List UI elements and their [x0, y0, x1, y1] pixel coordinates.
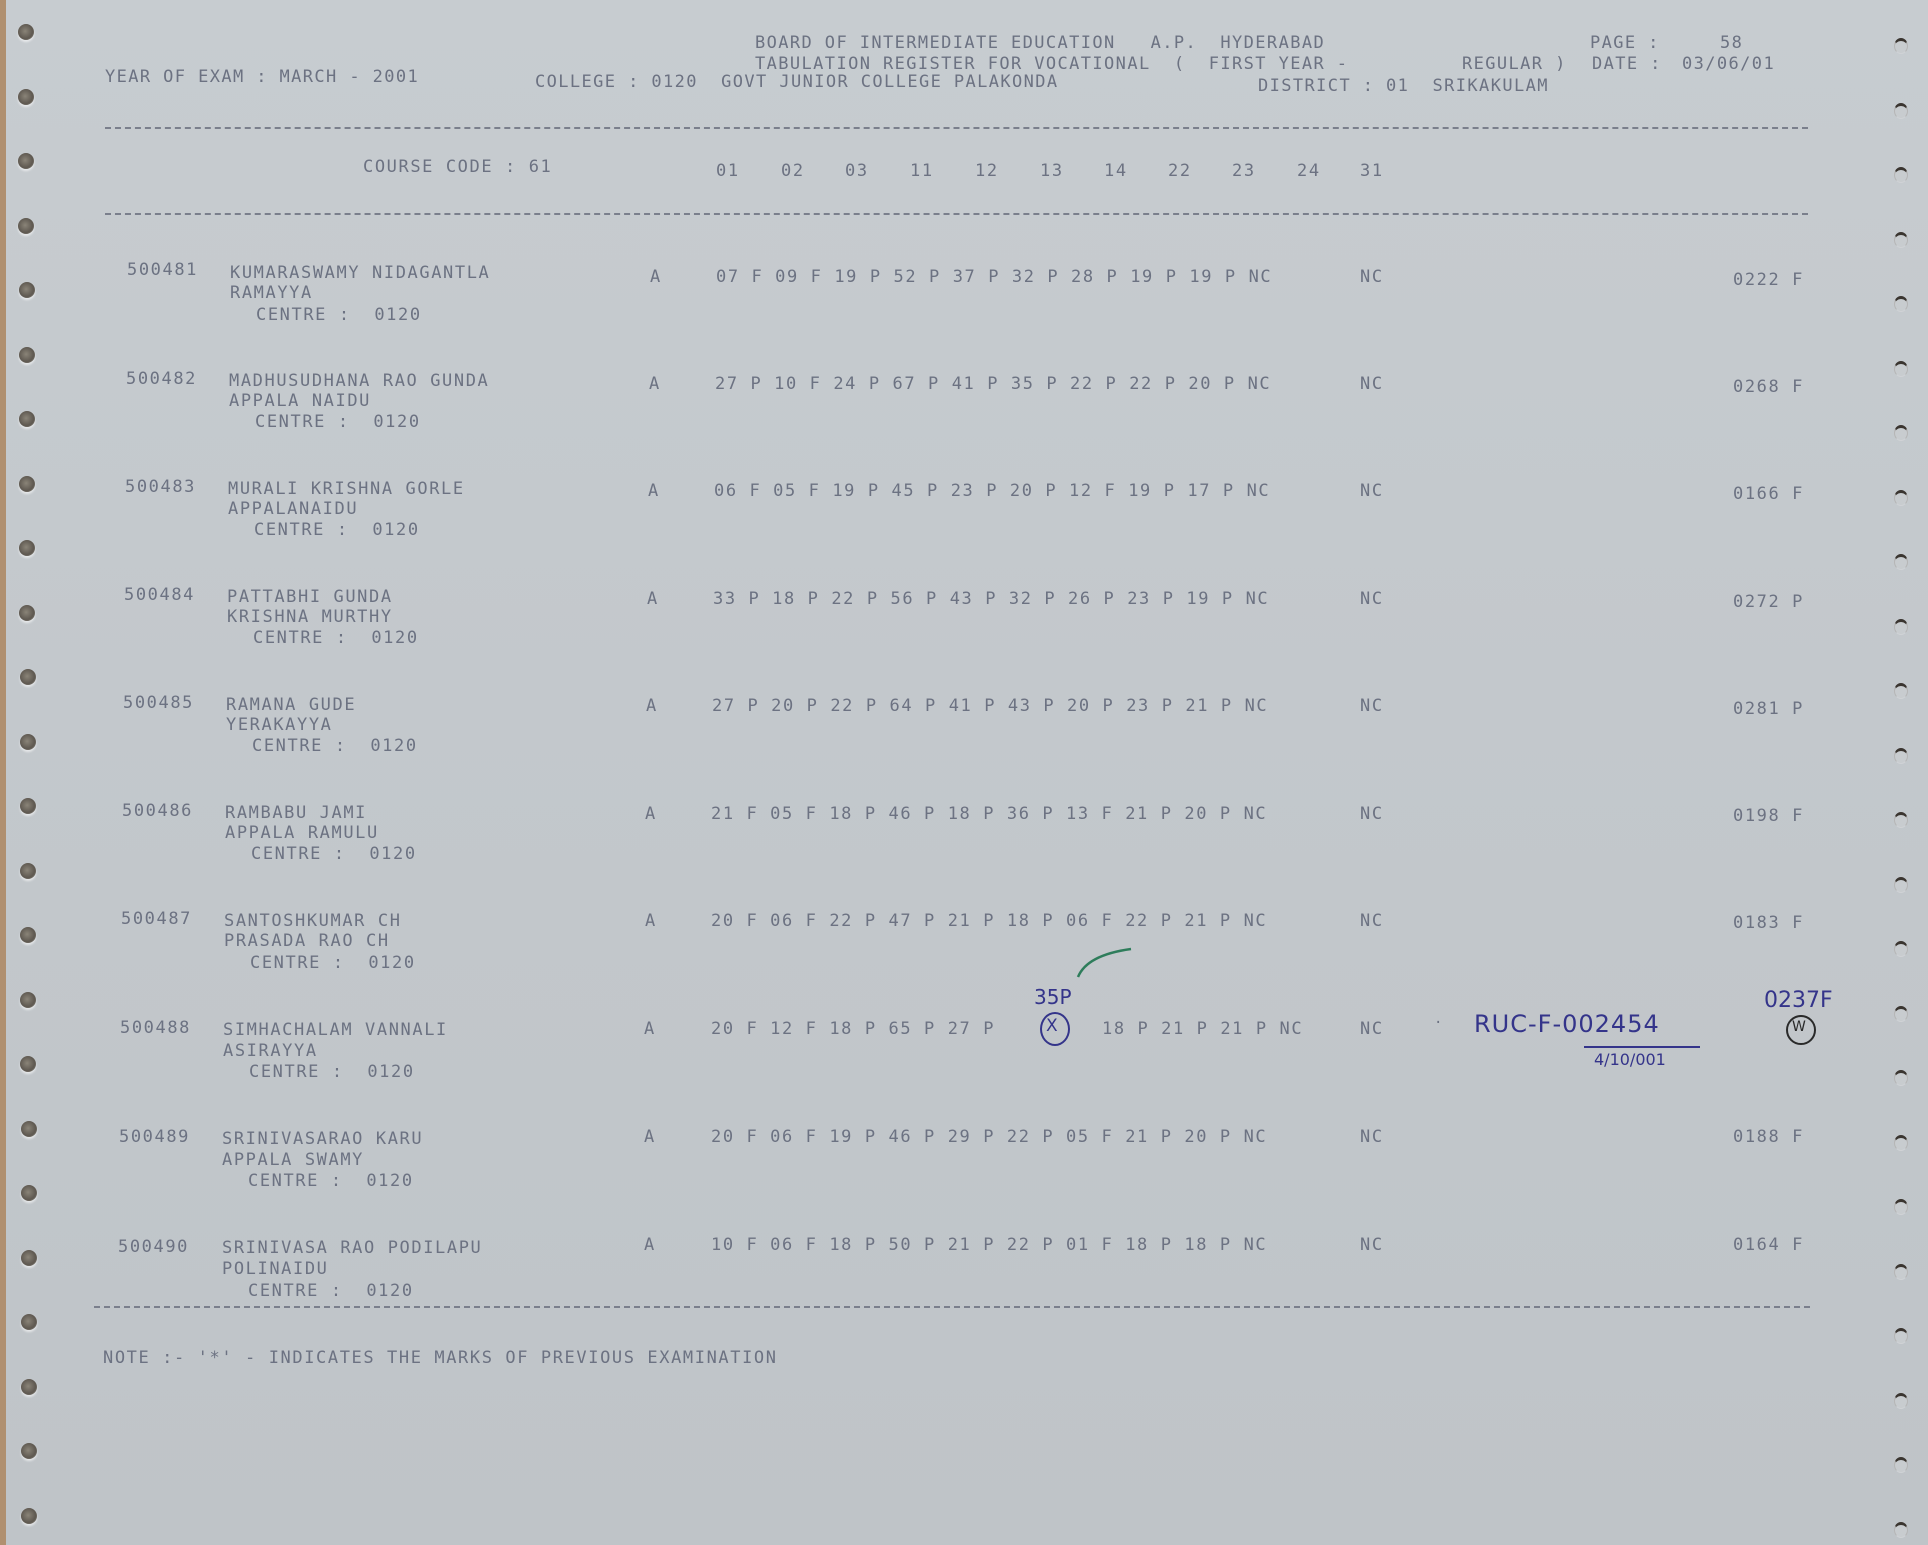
handwritten-revised-mark: 35P — [1034, 985, 1072, 1009]
nc-mark: NC — [1360, 1127, 1384, 1147]
feed-hole-icon — [1894, 232, 1908, 248]
district-info: DISTRICT : 01 SRIKAKULAM — [1258, 76, 1549, 96]
parent-name: PRASADA RAO CH — [224, 931, 390, 951]
student-name: RAMANA GUDE — [226, 695, 356, 715]
nc-mark: NC — [1360, 696, 1384, 716]
parent-name: POLINAIDU — [222, 1259, 329, 1279]
nc-mark: NC — [1360, 804, 1384, 824]
feed-hole-icon — [1894, 167, 1908, 183]
header-divider — [105, 127, 1808, 129]
feed-hole-icon — [18, 89, 34, 105]
subject-marks: 27 P 10 F 24 P 67 P 41 P 35 P 22 P 22 P … — [715, 374, 1271, 394]
subject-code: 01 — [716, 161, 740, 181]
roll-number: 500483 — [125, 477, 196, 497]
centre-code: CENTRE : 0120 — [248, 1171, 414, 1191]
student-name: MURALI KRISHNA GORLE — [228, 479, 465, 499]
board-title: BOARD OF INTERMEDIATE EDUCATION A.P. HYD… — [755, 33, 1325, 53]
feed-hole-icon — [20, 992, 36, 1008]
feed-hole-icon — [1894, 38, 1908, 54]
student-name: SIMHACHALAM VANNALI — [223, 1020, 448, 1040]
feed-hole-icon — [19, 476, 35, 492]
feed-hole-icon — [19, 540, 35, 556]
withheld-status: W — [1792, 1019, 1806, 1035]
feed-hole-icon — [19, 605, 35, 621]
nc-mark: NC — [1360, 1019, 1384, 1039]
feed-hole-icon — [1894, 1006, 1908, 1022]
register-title: TABULATION REGISTER FOR VOCATIONAL ( FIR… — [755, 54, 1348, 74]
feed-hole-icon — [18, 218, 34, 234]
column-divider — [105, 213, 1808, 215]
category: A — [647, 589, 659, 609]
feed-hole-icon — [1894, 490, 1908, 506]
total-result: 0183 F — [1733, 913, 1804, 933]
roll-number: 500485 — [123, 693, 194, 713]
total-result: 0164 F — [1733, 1235, 1804, 1255]
nc-mark: NC — [1360, 267, 1384, 287]
category: A — [644, 1127, 656, 1147]
subject-code: 13 — [1040, 161, 1064, 181]
category: A — [644, 1019, 656, 1039]
centre-code: CENTRE : 0120 — [248, 1281, 414, 1301]
roll-number: 500487 — [121, 909, 192, 929]
parent-name: APPALANAIDU — [228, 499, 358, 519]
feed-hole-icon — [21, 1121, 37, 1137]
category: A — [645, 911, 657, 931]
stream-label: REGULAR ) — [1462, 54, 1567, 74]
feed-hole-icon — [1894, 1522, 1908, 1538]
subject-code: 11 — [910, 161, 934, 181]
feed-hole-icon — [20, 863, 36, 879]
green-tick-mark — [1075, 945, 1135, 980]
subject-marks: 21 F 05 F 18 P 46 P 18 P 36 P 13 F 21 P … — [711, 804, 1267, 824]
centre-code: CENTRE : 0120 — [251, 844, 417, 864]
total-result: 0268 F — [1733, 377, 1804, 397]
roll-number: 500486 — [122, 801, 193, 821]
total-result: 0188 F — [1733, 1127, 1804, 1147]
student-name: SANTOSHKUMAR CH — [224, 911, 402, 931]
feed-hole-icon — [19, 411, 35, 427]
category: A — [645, 804, 657, 824]
feed-hole-icon — [20, 669, 36, 685]
feed-hole-icon — [20, 927, 36, 943]
feed-hole-icon — [1894, 619, 1908, 635]
parent-name: YERAKAYYA — [226, 715, 333, 735]
feed-hole-icon — [18, 24, 34, 40]
feed-hole-icon — [21, 1185, 37, 1201]
roll-number: 500484 — [124, 585, 195, 605]
parent-name: APPALA NAIDU — [229, 391, 371, 411]
feed-hole-icon — [21, 1250, 37, 1266]
parent-name: APPALA SWAMY — [222, 1150, 364, 1170]
subject-marks: 20 F 06 F 22 P 47 P 21 P 18 P 06 F 22 P … — [711, 911, 1267, 931]
feed-hole-icon — [1894, 748, 1908, 764]
reference-underline — [1584, 1046, 1700, 1048]
page-label: PAGE : — [1590, 33, 1660, 53]
nc-mark: NC — [1360, 481, 1384, 501]
nc-mark: NC — [1360, 1235, 1384, 1255]
roll-number: 500482 — [126, 369, 197, 389]
feed-hole-icon — [1894, 1135, 1908, 1151]
feed-hole-icon — [21, 1508, 37, 1524]
student-name: PATTABHI GUNDA — [227, 587, 393, 607]
subject-marks-part1: 20 F 12 F 18 P 65 P 27 P — [711, 1019, 995, 1039]
total-result: 0272 P — [1733, 592, 1804, 612]
feed-hole-icon — [1894, 1393, 1908, 1409]
category: A — [650, 267, 662, 287]
feed-hole-icon — [1894, 877, 1908, 893]
category: A — [646, 696, 658, 716]
paper-edge — [0, 0, 6, 1545]
subject-marks-part2: 18 P 21 P 21 P NC — [1102, 1019, 1303, 1039]
college-info: COLLEGE : 0120 GOVT JUNIOR COLLEGE PALAK… — [535, 72, 1059, 92]
handwritten-date: 4/10/001 — [1594, 1050, 1666, 1069]
feed-hole-icon — [20, 798, 36, 814]
subject-marks: 06 F 05 F 19 P 45 P 23 P 20 P 12 F 19 P … — [714, 481, 1270, 501]
footer-divider — [94, 1306, 1810, 1308]
feed-hole-icon — [1894, 1457, 1908, 1473]
feed-hole-icon — [1894, 103, 1908, 119]
feed-hole-icon — [1894, 425, 1908, 441]
subject-marks: 07 F 09 F 19 P 52 P 37 P 32 P 28 P 19 P … — [716, 267, 1272, 287]
feed-hole-icon — [18, 153, 34, 169]
feed-hole-icon — [1894, 361, 1908, 377]
centre-code: CENTRE : 0120 — [253, 628, 419, 648]
year-of-exam: YEAR OF EXAM : MARCH - 2001 — [105, 67, 419, 87]
subject-marks: 10 F 06 F 18 P 50 P 21 P 22 P 01 F 18 P … — [711, 1235, 1267, 1255]
roll-number: 500489 — [119, 1127, 190, 1147]
circled-mark: X — [1046, 1016, 1058, 1036]
total-result: 0166 F — [1733, 484, 1804, 504]
centre-code: CENTRE : 0120 — [255, 412, 421, 432]
feed-hole-icon — [20, 734, 36, 750]
roll-number: 500481 — [127, 260, 198, 280]
feed-hole-icon — [19, 347, 35, 363]
feed-hole-icon — [21, 1314, 37, 1330]
subject-marks: 27 P 20 P 22 P 64 P 41 P 43 P 20 P 23 P … — [712, 696, 1268, 716]
student-name: SRINIVASA RAO PODILAPU — [222, 1238, 482, 1258]
page-number: 58 — [1720, 33, 1743, 53]
total-result: 0281 P — [1733, 699, 1804, 719]
roll-number: 500488 — [120, 1018, 191, 1038]
feed-hole-icon — [1894, 683, 1908, 699]
total-result: 0222 F — [1733, 270, 1804, 290]
parent-name: RAMAYYA — [230, 283, 313, 303]
category: A — [649, 374, 661, 394]
feed-hole-icon — [1894, 296, 1908, 312]
centre-code: CENTRE : 0120 — [254, 520, 420, 540]
date-value: 03/06/01 — [1682, 54, 1775, 74]
student-name: SRINIVASARAO KARU — [222, 1129, 423, 1149]
feed-hole-icon — [21, 1379, 37, 1395]
subject-code: 14 — [1104, 161, 1128, 181]
feed-hole-icon — [1894, 1070, 1908, 1086]
parent-name: APPALA RAMULU — [225, 823, 379, 843]
feed-hole-icon — [19, 282, 35, 298]
parent-name: KRISHNA MURTHY — [227, 607, 393, 627]
feed-hole-icon — [20, 1056, 36, 1072]
student-name: KUMARASWAMY NIDAGANTLA — [230, 263, 490, 283]
subject-code: 23 — [1232, 161, 1256, 181]
dot-mark: · — [1434, 1015, 1444, 1031]
course-code: COURSE CODE : 61 — [363, 157, 552, 177]
student-name: MADHUSUDHANA RAO GUNDA — [229, 371, 489, 391]
subject-marks: 20 F 06 F 19 P 46 P 29 P 22 P 05 F 21 P … — [711, 1127, 1267, 1147]
centre-code: CENTRE : 0120 — [250, 953, 416, 973]
subject-code: 22 — [1168, 161, 1192, 181]
feed-hole-icon — [1894, 941, 1908, 957]
category: A — [648, 481, 660, 501]
student-name: RAMBABU JAMI — [225, 803, 367, 823]
feed-hole-icon — [1894, 1264, 1908, 1280]
subject-code: 12 — [975, 161, 999, 181]
category: A — [644, 1235, 656, 1255]
handwritten-revised-total: 0237F — [1764, 988, 1833, 1013]
feed-hole-icon — [1894, 812, 1908, 828]
parent-name: ASIRAYYA — [223, 1041, 318, 1061]
subject-marks: 33 P 18 P 22 P 56 P 43 P 32 P 26 P 23 P … — [713, 589, 1269, 609]
nc-mark: NC — [1360, 911, 1384, 931]
nc-mark: NC — [1360, 589, 1384, 609]
subject-code: 02 — [781, 161, 805, 181]
nc-mark: NC — [1360, 374, 1384, 394]
total-result: 0198 F — [1733, 806, 1804, 826]
footer-note: NOTE :- '*' - INDICATES THE MARKS OF PRE… — [103, 1348, 778, 1368]
subject-code: 03 — [845, 161, 869, 181]
feed-hole-icon — [1894, 554, 1908, 570]
feed-hole-icon — [21, 1443, 37, 1459]
centre-code: CENTRE : 0120 — [252, 736, 418, 756]
handwritten-reference: RUC-F-002454 — [1474, 1010, 1660, 1038]
centre-code: CENTRE : 0120 — [249, 1062, 415, 1082]
roll-number: 500490 — [118, 1237, 189, 1257]
centre-code: CENTRE : 0120 — [256, 305, 422, 325]
subject-code: 24 — [1297, 161, 1321, 181]
feed-hole-icon — [1894, 1199, 1908, 1215]
subject-code: 31 — [1360, 161, 1384, 181]
feed-hole-icon — [1894, 1328, 1908, 1344]
date-label: DATE : — [1592, 54, 1662, 74]
